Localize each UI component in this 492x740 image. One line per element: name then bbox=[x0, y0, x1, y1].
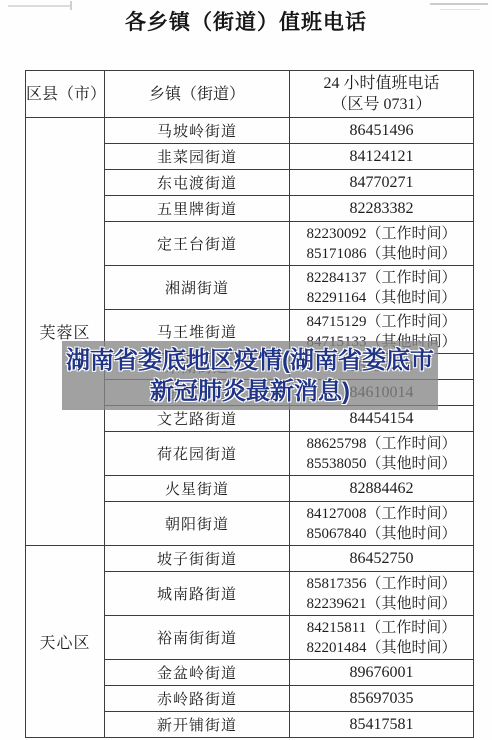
street-cell: 东湖街道 bbox=[105, 354, 290, 380]
phone-number: 84124121 bbox=[290, 147, 473, 167]
district-cell: 天心区 bbox=[26, 546, 105, 738]
phone-number: 88625798（工作时间） bbox=[290, 434, 473, 454]
street-cell: 马王堆街道 bbox=[105, 310, 290, 354]
street-cell: 湘湖街道 bbox=[105, 266, 290, 310]
street-cell: 赤岭路街道 bbox=[105, 686, 290, 712]
header-district: 区县（市） bbox=[26, 71, 105, 118]
street-cell: 火星街道 bbox=[105, 476, 290, 502]
phone-number: 84715129（工作时间） bbox=[290, 312, 473, 332]
phone-cell: 84770271 bbox=[290, 170, 474, 196]
phone-cell: 82884462 bbox=[290, 476, 474, 502]
phone-number: 89676001 bbox=[290, 663, 473, 683]
phone-number: 84770271 bbox=[290, 173, 473, 193]
phone-cell: 82230092（工作时间）85171086（其他时间） bbox=[290, 222, 474, 266]
phone-cell: 89676001 bbox=[290, 660, 474, 686]
scan-artifact-top-right-line bbox=[430, 3, 488, 5]
phone-number: 84454154 bbox=[290, 409, 473, 429]
phone-number: 82239621（其他时间） bbox=[290, 594, 473, 614]
phone-number: 85171086（其他时间） bbox=[290, 244, 473, 264]
street-cell: 荷花园街道 bbox=[105, 432, 290, 476]
header-street: 乡镇（街道） bbox=[105, 71, 290, 118]
street-cell: 裕南街街道 bbox=[105, 616, 290, 660]
phone-number: 82284137（工作时间） bbox=[290, 268, 473, 288]
header-phone-line1: 24 小时值班电话 bbox=[290, 73, 473, 94]
phone-number: 82230092（工作时间） bbox=[290, 224, 473, 244]
page-title: 各乡镇（街道）值班电话 bbox=[0, 6, 492, 36]
phone-number: 84715133（其他时间） bbox=[290, 332, 473, 352]
phone-cell: 84215811（工作时间）82201484（其他时间） bbox=[290, 616, 474, 660]
phone-number: 82201484（其他时间） bbox=[290, 638, 473, 658]
street-cell: 五里牌街道 bbox=[105, 196, 290, 222]
street-cell: 文艺路街道 bbox=[105, 406, 290, 432]
table-body: 芙蓉区马坡岭街道86451496韭菜园街道84124121东屯渡街道847702… bbox=[26, 118, 474, 738]
phone-number: 84127008（工作时间） bbox=[290, 504, 473, 524]
header-phone: 24 小时值班电话 （区号 0731） bbox=[290, 71, 474, 118]
district-cell: 芙蓉区 bbox=[26, 118, 105, 546]
table-header: 区县（市） 乡镇（街道） 24 小时值班电话 （区号 0731） bbox=[26, 71, 474, 118]
phone-cell: 85817356（工作时间）82239621（其他时间） bbox=[290, 572, 474, 616]
street-cell: 坡子街街道 bbox=[105, 546, 290, 572]
phone-cell: 86457009 bbox=[290, 354, 474, 380]
phone-number: 86451496 bbox=[290, 121, 473, 141]
table-row: 芙蓉区马坡岭街道86451496 bbox=[26, 118, 474, 144]
phone-cell: 82283382 bbox=[290, 196, 474, 222]
street-cell: 东屯渡街道 bbox=[105, 170, 290, 196]
phone-number: 86452750 bbox=[290, 549, 473, 569]
header-row: 区县（市） 乡镇（街道） 24 小时值班电话 （区号 0731） bbox=[26, 71, 474, 118]
phone-number: 85067840（其他时间） bbox=[290, 524, 473, 544]
phone-number: 82884462 bbox=[290, 479, 473, 499]
street-cell: 新开铺街道 bbox=[105, 712, 290, 738]
street-cell: 朝阳街道 bbox=[105, 502, 290, 546]
phone-number: 85697035 bbox=[290, 689, 473, 709]
page: 各乡镇（街道）值班电话 区县（市） 乡镇（街道） 24 小时值班电话 （区号 0… bbox=[0, 0, 492, 740]
phone-number: 84215811（工作时间） bbox=[290, 618, 473, 638]
phone-number: 86457009 bbox=[290, 357, 473, 377]
street-cell: 定王台街道 bbox=[105, 222, 290, 266]
street-cell: 金盆岭街道 bbox=[105, 660, 290, 686]
phone-number: 84610014 bbox=[290, 383, 473, 403]
phone-cell: 84715129（工作时间）84715133（其他时间） bbox=[290, 310, 474, 354]
phone-cell: 86451496 bbox=[290, 118, 474, 144]
phone-number: 82283382 bbox=[290, 199, 473, 219]
street-cell: 东岸街道 bbox=[105, 380, 290, 406]
phone-cell: 86452750 bbox=[290, 546, 474, 572]
phone-number: 82291164（其他时间） bbox=[290, 288, 473, 308]
street-cell: 马坡岭街道 bbox=[105, 118, 290, 144]
phone-number: 85417581 bbox=[290, 715, 473, 735]
phone-cell: 84124121 bbox=[290, 144, 474, 170]
phone-cell: 84454154 bbox=[290, 406, 474, 432]
header-phone-line2: （区号 0731） bbox=[290, 94, 473, 115]
phone-number: 85538050（其他时间） bbox=[290, 454, 473, 474]
table-row: 天心区坡子街街道86452750 bbox=[26, 546, 474, 572]
phone-number: 85817356（工作时间） bbox=[290, 574, 473, 594]
phone-cell: 82284137（工作时间）82291164（其他时间） bbox=[290, 266, 474, 310]
phone-cell: 88625798（工作时间）85538050（其他时间） bbox=[290, 432, 474, 476]
phone-cell: 85417581 bbox=[290, 712, 474, 738]
phone-cell: 84127008（工作时间）85067840（其他时间） bbox=[290, 502, 474, 546]
phone-cell: 85697035 bbox=[290, 686, 474, 712]
street-cell: 韭菜园街道 bbox=[105, 144, 290, 170]
street-cell: 城南路街道 bbox=[105, 572, 290, 616]
duty-phone-table: 区县（市） 乡镇（街道） 24 小时值班电话 （区号 0731） 芙蓉区马坡岭街… bbox=[25, 70, 474, 738]
phone-cell: 84610014 bbox=[290, 380, 474, 406]
